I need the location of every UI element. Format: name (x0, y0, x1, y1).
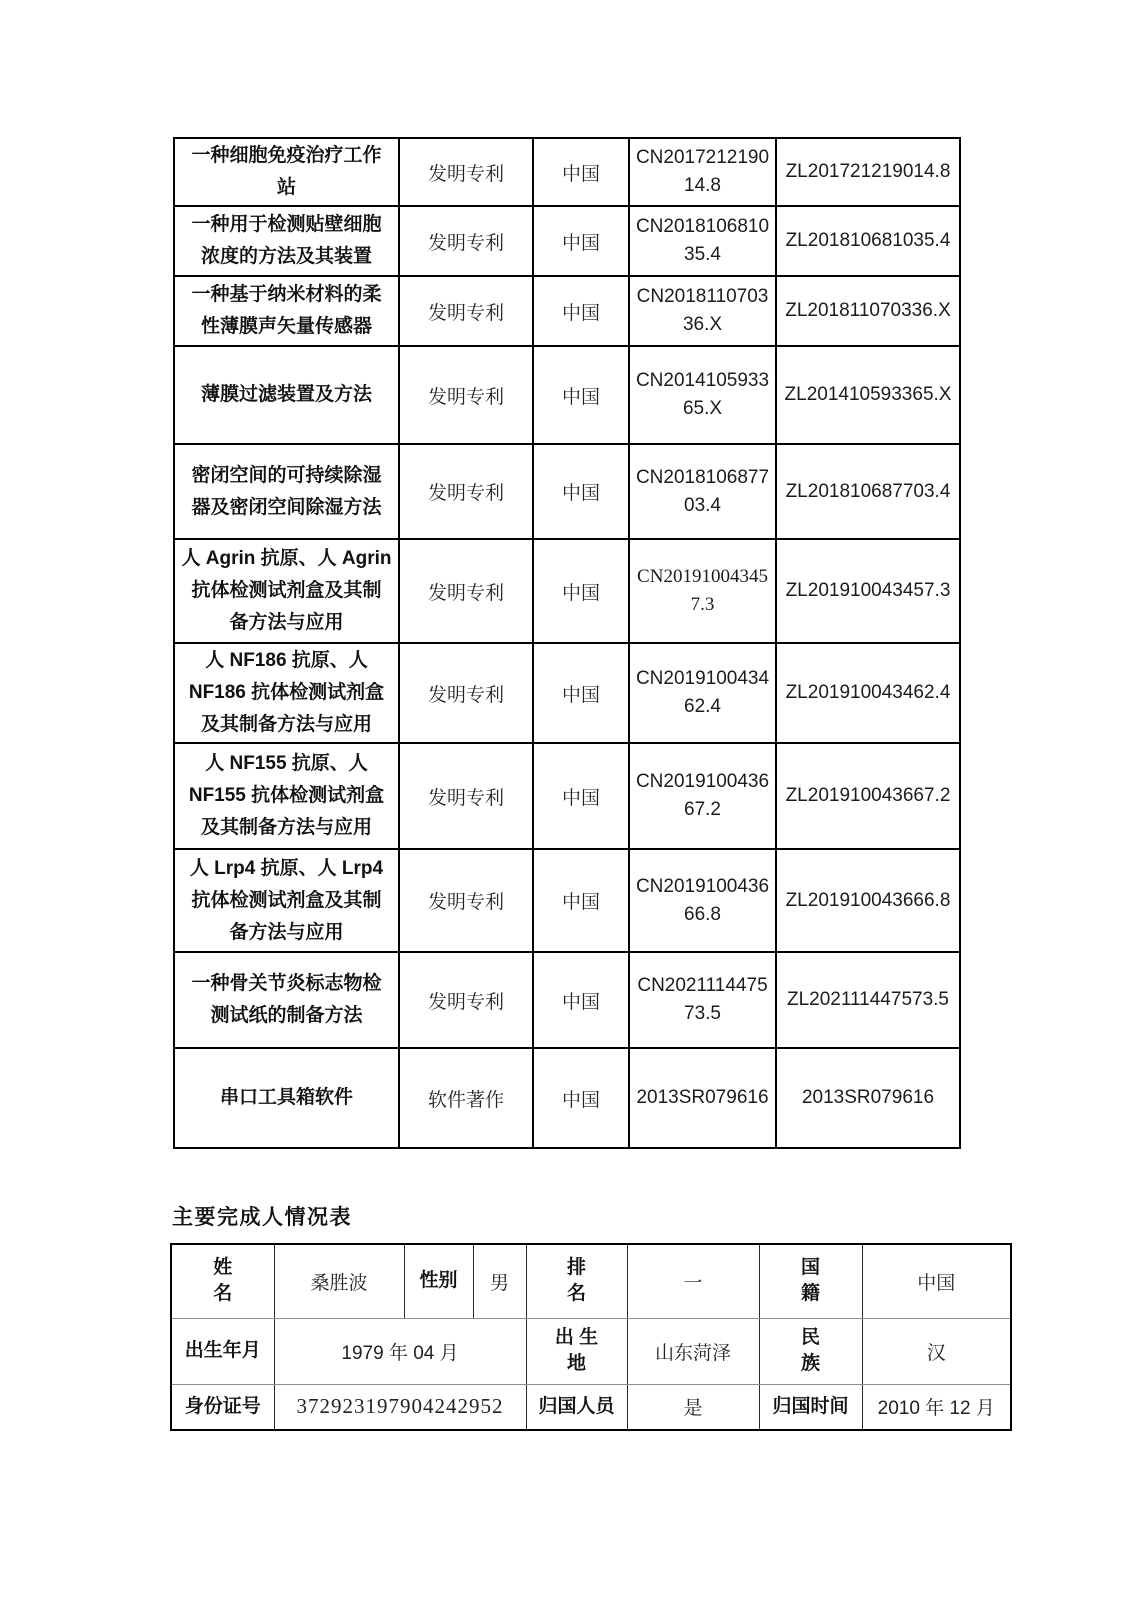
ethnicity-value-cell: 汉 (862, 1318, 1011, 1384)
patent-country-cell: 中国 (533, 643, 629, 743)
patent-row: 人 NF155 抗原、人 NF155 抗体检测试剂盒 及其制备方法与应用 发明专… (174, 743, 960, 849)
patent-name-cell: 一种细胞免疫治疗工作 站 (174, 138, 399, 206)
patent-application-number-cell: CN20191004345 7.3 (629, 539, 776, 643)
patent-grant-number-cell: ZL201811070336.X (776, 276, 960, 346)
patent-grant-number-cell: 2013SR079616 (776, 1048, 960, 1148)
name-value-cell: 桑胜波 (274, 1244, 404, 1318)
patent-country-cell: 中国 (533, 444, 629, 539)
patent-application-number-cell: CN2019100434 62.4 (629, 643, 776, 743)
nationality-value-cell: 中国 (862, 1244, 1011, 1318)
patent-type-cell: 发明专利 (399, 952, 533, 1048)
patent-country-cell: 中国 (533, 743, 629, 849)
birth-place-label-cell: 出 生 地 (526, 1318, 627, 1384)
patent-grant-number-cell: ZL202111447573.5 (776, 952, 960, 1048)
patent-application-number-cell: CN2014105933 65.X (629, 346, 776, 444)
patent-name-cell: 串口工具箱软件 (174, 1048, 399, 1148)
rank-value-cell: 一 (627, 1244, 759, 1318)
patent-type-cell: 发明专利 (399, 849, 533, 952)
patent-grant-number-cell: ZL201810681035.4 (776, 206, 960, 276)
patent-name-cell: 一种骨关节炎标志物检 测试纸的制备方法 (174, 952, 399, 1048)
ethnicity-label-cell: 民 族 (759, 1318, 862, 1384)
patent-country-cell: 中国 (533, 952, 629, 1048)
patent-name-cell: 一种用于检测贴壁细胞 浓度的方法及其装置 (174, 206, 399, 276)
patent-grant-number-cell: ZL201910043462.4 (776, 643, 960, 743)
patent-row: 一种用于检测贴壁细胞 浓度的方法及其装置 发明专利 中国 CN201810681… (174, 206, 960, 276)
patent-country-cell: 中国 (533, 276, 629, 346)
document-page: 一种细胞免疫治疗工作 站 发明专利 中国 CN2017212190 14.8 Z… (0, 0, 1131, 1600)
patent-row: 一种细胞免疫治疗工作 站 发明专利 中国 CN2017212190 14.8 Z… (174, 138, 960, 206)
patent-type-cell: 发明专利 (399, 276, 533, 346)
person-row: 身份证号 372923197904242952 归国人员 是 归国时间 2010… (171, 1384, 1011, 1430)
person-row: 出生年月 1979 年 04 月 出 生 地 山东菏泽 民 族 汉 (171, 1318, 1011, 1384)
patent-grant-number-cell: ZL201910043667.2 (776, 743, 960, 849)
patent-name-cell: 人 NF186 抗原、人 NF186 抗体检测试剂盒 及其制备方法与应用 (174, 643, 399, 743)
patent-type-cell: 发明专利 (399, 346, 533, 444)
patent-type-cell: 发明专利 (399, 539, 533, 643)
gender-value-cell: 男 (473, 1244, 526, 1318)
patent-application-number-cell: CN2019100436 67.2 (629, 743, 776, 849)
patent-type-cell: 发明专利 (399, 743, 533, 849)
id-number-label-cell: 身份证号 (171, 1384, 274, 1430)
birth-date-value-cell: 1979 年 04 月 (274, 1318, 526, 1384)
patent-name-cell: 人 Lrp4 抗原、人 Lrp4 抗体检测试剂盒及其制 备方法与应用 (174, 849, 399, 952)
patent-name-cell: 人 Agrin 抗原、人 Agrin 抗体检测试剂盒及其制 备方法与应用 (174, 539, 399, 643)
patent-row: 人 NF186 抗原、人 NF186 抗体检测试剂盒 及其制备方法与应用 发明专… (174, 643, 960, 743)
patent-grant-number-cell: ZL201410593365.X (776, 346, 960, 444)
patent-grant-number-cell: ZL201910043457.3 (776, 539, 960, 643)
patent-type-cell: 发明专利 (399, 138, 533, 206)
patent-application-number-cell: CN2021114475 73.5 (629, 952, 776, 1048)
patent-application-number-cell: CN2017212190 14.8 (629, 138, 776, 206)
return-time-label-cell: 归国时间 (759, 1384, 862, 1430)
patent-application-number-cell: 2013SR079616 (629, 1048, 776, 1148)
patent-row: 人 Agrin 抗原、人 Agrin 抗体检测试剂盒及其制 备方法与应用 发明专… (174, 539, 960, 643)
gender-label-cell: 性别 (404, 1244, 473, 1318)
patent-type-cell: 发明专利 (399, 444, 533, 539)
patent-grant-number-cell: ZL201810687703.4 (776, 444, 960, 539)
patent-country-cell: 中国 (533, 849, 629, 952)
patent-application-number-cell: CN2018110703 36.X (629, 276, 776, 346)
patent-grant-number-cell: ZL201721219014.8 (776, 138, 960, 206)
nationality-label-cell: 国 籍 (759, 1244, 862, 1318)
patent-row: 一种骨关节炎标志物检 测试纸的制备方法 发明专利 中国 CN2021114475… (174, 952, 960, 1048)
main-completer-table: 姓 名 桑胜波 性别 男 排 名 一 国 籍 中国 出生年月 1979 年 04… (170, 1243, 1012, 1431)
patent-name-cell: 人 NF155 抗原、人 NF155 抗体检测试剂盒 及其制备方法与应用 (174, 743, 399, 849)
patent-country-cell: 中国 (533, 206, 629, 276)
person-row: 姓 名 桑胜波 性别 男 排 名 一 国 籍 中国 (171, 1244, 1011, 1318)
patent-type-cell: 发明专利 (399, 643, 533, 743)
patent-name-cell: 密闭空间的可持续除湿 器及密闭空间除湿方法 (174, 444, 399, 539)
patent-country-cell: 中国 (533, 539, 629, 643)
patent-grant-number-cell: ZL201910043666.8 (776, 849, 960, 952)
returnee-label-cell: 归国人员 (526, 1384, 627, 1430)
return-time-value-cell: 2010 年 12 月 (862, 1384, 1011, 1430)
section-title: 主要完成人情况表 (172, 1201, 352, 1231)
patent-row: 人 Lrp4 抗原、人 Lrp4 抗体检测试剂盒及其制 备方法与应用 发明专利 … (174, 849, 960, 952)
patent-row: 一种基于纳米材料的柔 性薄膜声矢量传感器 发明专利 中国 CN201811070… (174, 276, 960, 346)
rank-label-cell: 排 名 (526, 1244, 627, 1318)
birth-date-label-cell: 出生年月 (171, 1318, 274, 1384)
patent-row: 串口工具箱软件 软件著作 中国 2013SR079616 2013SR07961… (174, 1048, 960, 1148)
patent-country-cell: 中国 (533, 346, 629, 444)
patent-application-number-cell: CN2018106810 35.4 (629, 206, 776, 276)
patent-grant-table: 一种细胞免疫治疗工作 站 发明专利 中国 CN2017212190 14.8 Z… (173, 137, 961, 1149)
returnee-value-cell: 是 (627, 1384, 759, 1430)
name-label-cell: 姓 名 (171, 1244, 274, 1318)
patent-name-cell: 一种基于纳米材料的柔 性薄膜声矢量传感器 (174, 276, 399, 346)
patent-country-cell: 中国 (533, 138, 629, 206)
patent-row: 薄膜过滤装置及方法 发明专利 中国 CN2014105933 65.X ZL20… (174, 346, 960, 444)
patent-type-cell: 发明专利 (399, 206, 533, 276)
patent-row: 密闭空间的可持续除湿 器及密闭空间除湿方法 发明专利 中国 CN20181068… (174, 444, 960, 539)
patent-application-number-cell: CN2018106877 03.4 (629, 444, 776, 539)
birth-place-value-cell: 山东菏泽 (627, 1318, 759, 1384)
patent-type-cell: 软件著作 (399, 1048, 533, 1148)
patent-application-number-cell: CN2019100436 66.8 (629, 849, 776, 952)
patent-name-cell: 薄膜过滤装置及方法 (174, 346, 399, 444)
id-number-value-cell: 372923197904242952 (274, 1384, 526, 1430)
patent-country-cell: 中国 (533, 1048, 629, 1148)
